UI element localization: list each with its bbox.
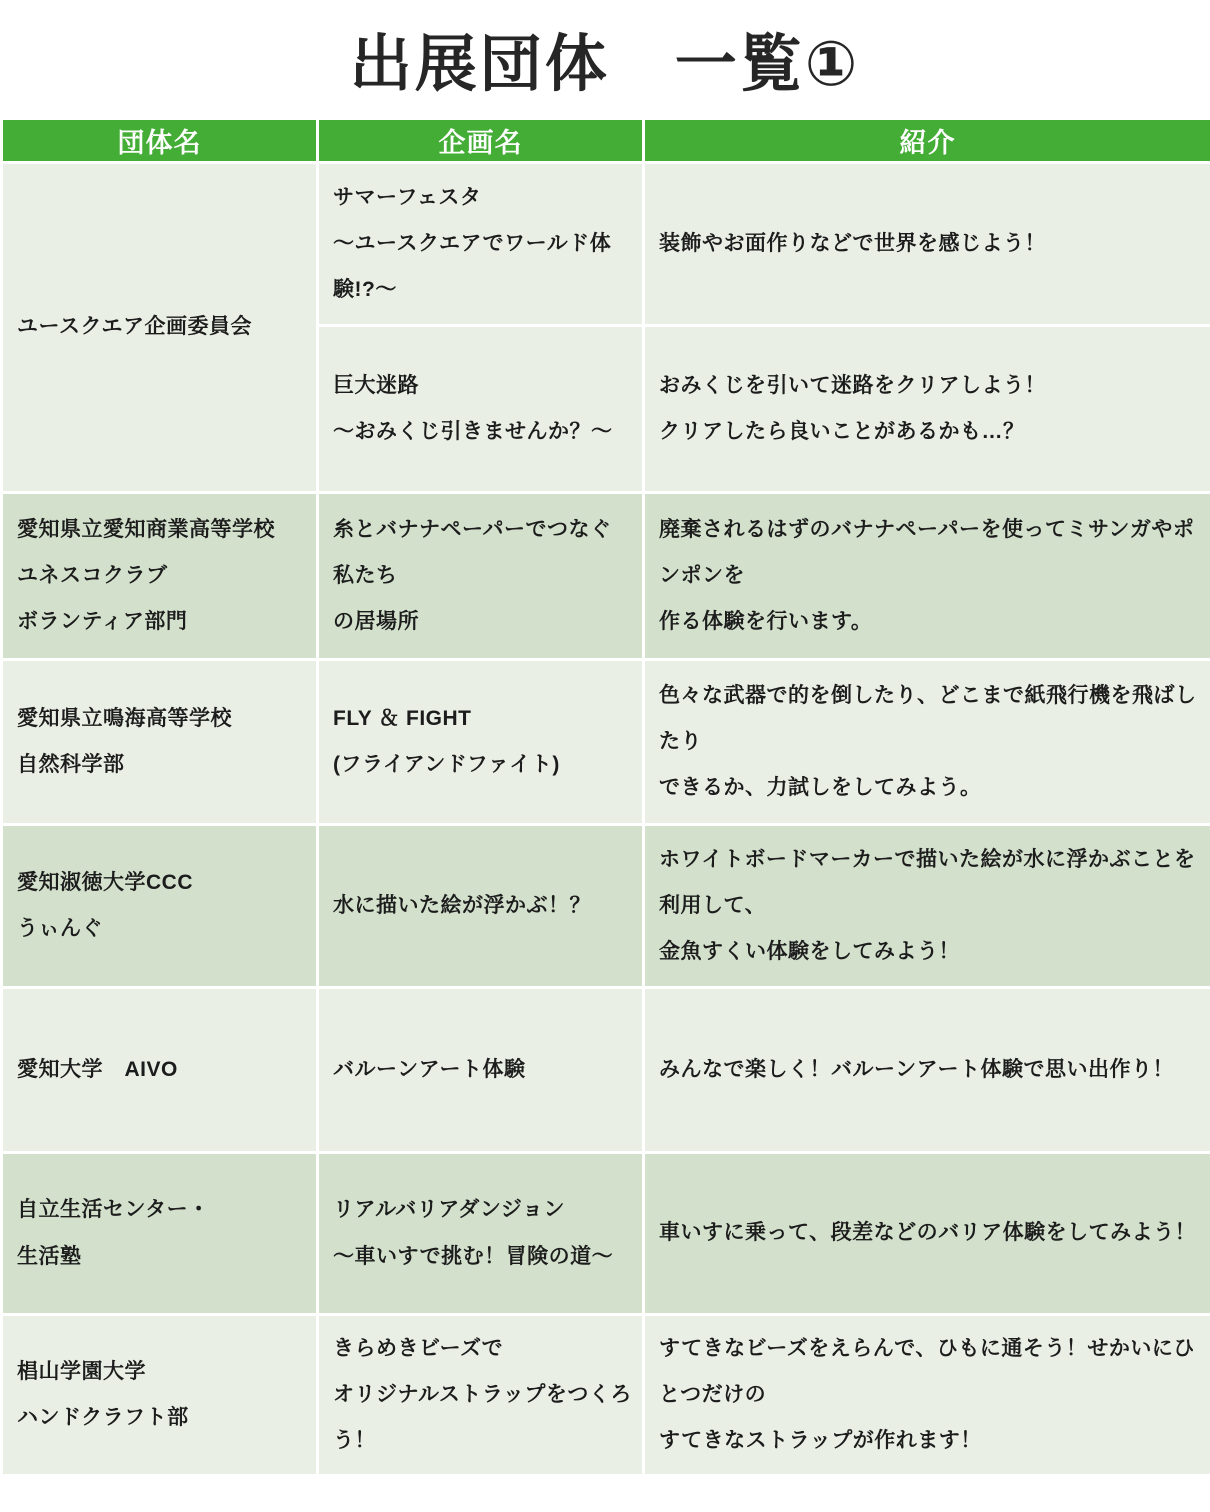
plan-cell: 巨大迷路 〜おみくじ引きませんか？〜 <box>318 326 644 493</box>
intro-cell: 車いすに乗って、段差などのバリア体験をしてみよう！ <box>644 1153 1210 1315</box>
page-title: 出展団体 一覧① <box>0 0 1210 117</box>
intro-cell: 廃棄されるはずのバナナペーパーを使ってミサンガやポンポンを 作る体験を行います。 <box>644 493 1210 660</box>
table-row: 愛知淑徳大学CCC うぃんぐ 水に描いた絵が浮かぶ！？ ホワイトボードマーカーで… <box>2 825 1210 988</box>
org-cell: 愛知県立鳴海高等学校 自然科学部 <box>2 660 318 825</box>
org-cell: 椙山学園大学 ハンドクラフト部 <box>2 1315 318 1476</box>
page: 出展団体 一覧① 団体名 企画名 紹介 ユースクエア企画委員会 サマーフェスタ … <box>0 0 1210 1477</box>
plan-cell: FLY ＆ FIGHT (フライアンドファイト) <box>318 660 644 825</box>
plan-cell: リアルバリアダンジョン 〜車いすで挑む！冒険の道〜 <box>318 1153 644 1315</box>
header-row: 団体名 企画名 紹介 <box>2 119 1210 163</box>
intro-cell: ホワイトボードマーカーで描いた絵が水に浮かぶことを利用して、 金魚すくい体験をし… <box>644 825 1210 988</box>
org-cell: 愛知県立愛知商業高等学校 ユネスコクラブ ボランティア部門 <box>2 493 318 660</box>
org-cell: 愛知淑徳大学CCC うぃんぐ <box>2 825 318 988</box>
plan-cell: きらめきビーズで オリジナルストラップをつくろう！ <box>318 1315 644 1476</box>
column-header-intro: 紹介 <box>644 119 1210 163</box>
table-row: 愛知県立愛知商業高等学校 ユネスコクラブ ボランティア部門 糸とバナナペーパーで… <box>2 493 1210 660</box>
table-row: 愛知県立鳴海高等学校 自然科学部 FLY ＆ FIGHT (フライアンドファイト… <box>2 660 1210 825</box>
org-cell: ユースクエア企画委員会 <box>2 163 318 493</box>
intro-cell: みんなで楽しく！バルーンアート体験で思い出作り！ <box>644 988 1210 1153</box>
column-header-org: 団体名 <box>2 119 318 163</box>
org-cell: 自立生活センター・ 生活塾 <box>2 1153 318 1315</box>
plan-cell: バルーンアート体験 <box>318 988 644 1153</box>
table-row: ユースクエア企画委員会 サマーフェスタ 〜ユースクエアでワールド体験!?〜 装飾… <box>2 163 1210 326</box>
exhibitor-table: 団体名 企画名 紹介 ユースクエア企画委員会 サマーフェスタ 〜ユースクエアでワ… <box>0 117 1210 1477</box>
intro-cell: 装飾やお面作りなどで世界を感じよう！ <box>644 163 1210 326</box>
plan-cell: 水に描いた絵が浮かぶ！？ <box>318 825 644 988</box>
table-row: 愛知大学 AIVO バルーンアート体験 みんなで楽しく！バルーンアート体験で思い… <box>2 988 1210 1153</box>
table-row: 椙山学園大学 ハンドクラフト部 きらめきビーズで オリジナルストラップをつくろう… <box>2 1315 1210 1476</box>
plan-cell: サマーフェスタ 〜ユースクエアでワールド体験!?〜 <box>318 163 644 326</box>
intro-cell: おみくじを引いて迷路をクリアしよう！ クリアしたら良いことがあるかも…？ <box>644 326 1210 493</box>
org-cell: 愛知大学 AIVO <box>2 988 318 1153</box>
intro-cell: すてきなビーズをえらんで、ひもに通そう！せかいにひとつだけの すてきなストラップ… <box>644 1315 1210 1476</box>
table-row: 自立生活センター・ 生活塾 リアルバリアダンジョン 〜車いすで挑む！冒険の道〜 … <box>2 1153 1210 1315</box>
column-header-plan: 企画名 <box>318 119 644 163</box>
plan-cell: 糸とバナナペーパーでつなぐ私たち の居場所 <box>318 493 644 660</box>
intro-cell: 色々な武器で的を倒したり、どこまで紙飛行機を飛ばしたり できるか、力試しをしてみ… <box>644 660 1210 825</box>
